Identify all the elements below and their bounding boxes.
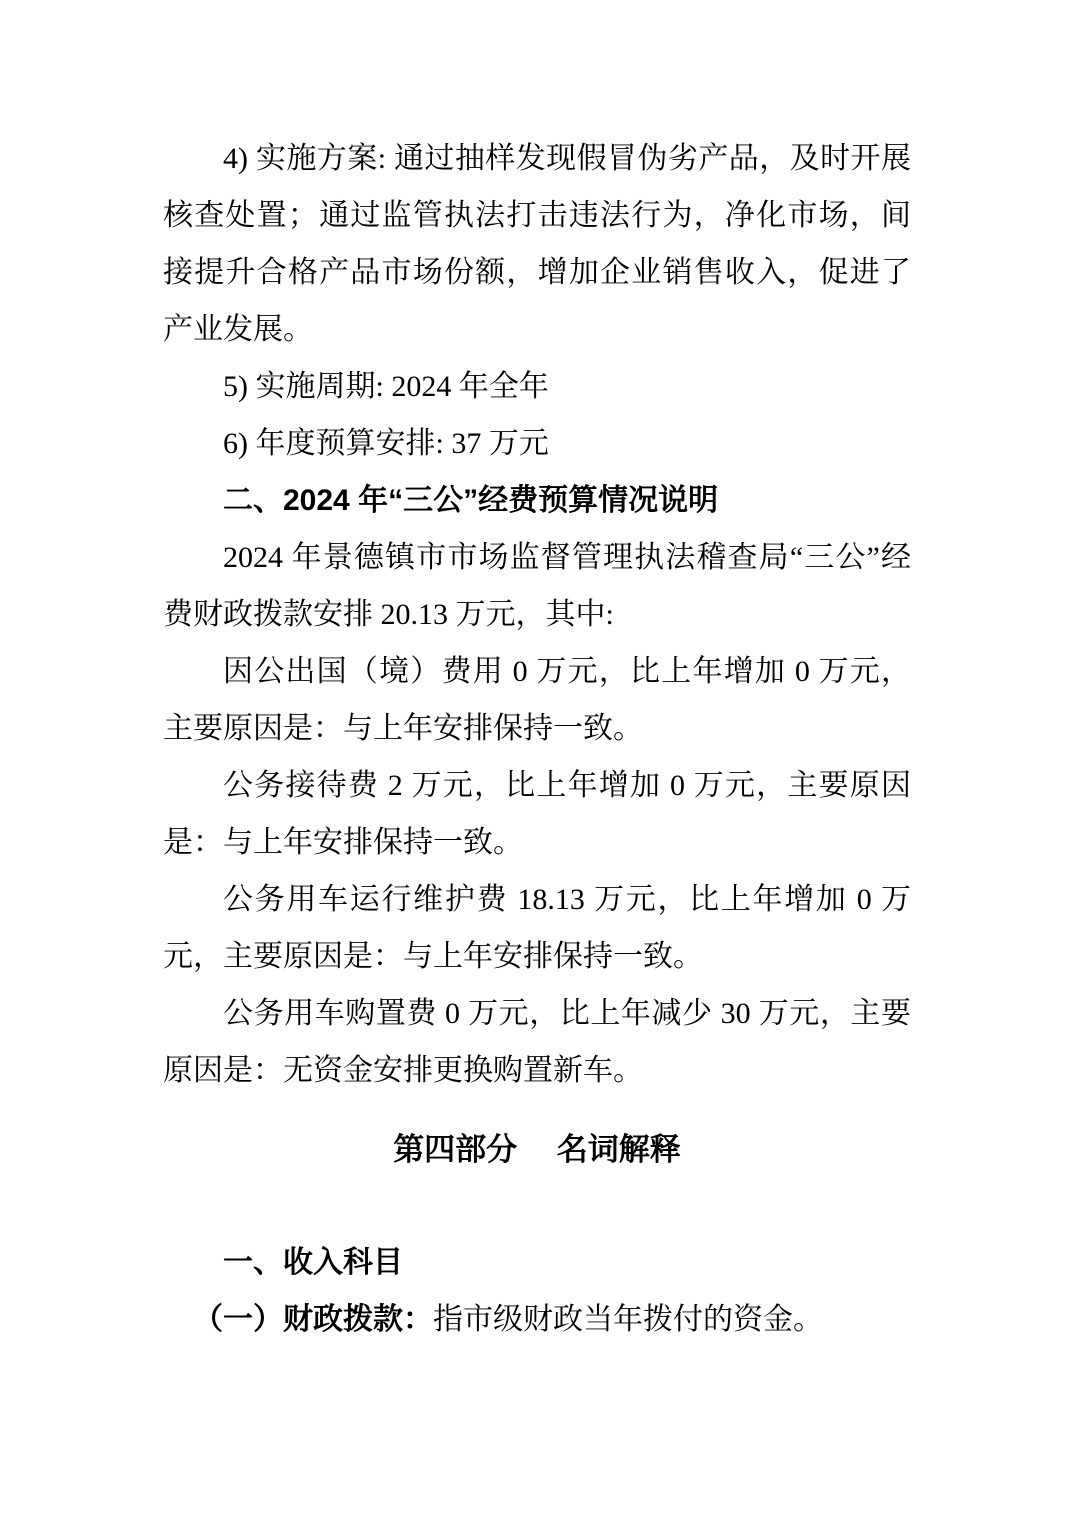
paragraph-fiscal-appropriation: （一）财政拨款：指市级财政当年拨付的资金。 — [163, 1291, 911, 1348]
document-content: 4) 实施方案: 通过抽样发现假冒伪劣产品，及时开展核查处置；通过监管执法打击违… — [163, 130, 911, 1348]
paragraph-reception-expense: 公务接待费 2 万元，比上年增加 0 万元，主要原因是：与上年安排保持一致。 — [163, 757, 911, 871]
term-definition-fiscal-appropriation: 指市级财政当年拨付的资金。 — [433, 1303, 823, 1336]
heading-three-public-funds: 二、2024 年“三公”经费预算情况说明 — [163, 472, 911, 529]
paragraph-abroad-expense: 因公出国（境）费用 0 万元，比上年增加 0 万元，主要原因是：与上年安排保持一… — [163, 643, 911, 757]
paragraph-vehicle-maintenance: 公务用车运行维护费 18.13 万元，比上年增加 0 万元，主要原因是：与上年安… — [163, 871, 911, 985]
paragraph-vehicle-purchase: 公务用车购置费 0 万元，比上年减少 30 万元，主要原因是：无资金安排更换购置… — [163, 985, 911, 1099]
section-title-part-four: 第四部分 名词解释 — [163, 1121, 911, 1178]
document-page: 4) 实施方案: 通过抽样发现假冒伪劣产品，及时开展核查处置；通过监管执法打击违… — [0, 0, 1074, 1520]
paragraph-implementation-plan: 4) 实施方案: 通过抽样发现假冒伪劣产品，及时开展核查处置；通过监管执法打击违… — [163, 130, 911, 358]
term-label-fiscal-appropriation: （一）财政拨款： — [193, 1303, 433, 1336]
paragraph-annual-budget: 6) 年度预算安排: 37 万元 — [163, 415, 911, 472]
paragraph-implementation-period: 5) 实施周期: 2024 年全年 — [163, 358, 911, 415]
paragraph-three-public-intro: 2024 年景德镇市市场监督管理执法稽查局“三公”经费财政拨款安排 20.13 … — [163, 529, 911, 643]
heading-income-items: 一、收入科目 — [163, 1234, 911, 1291]
